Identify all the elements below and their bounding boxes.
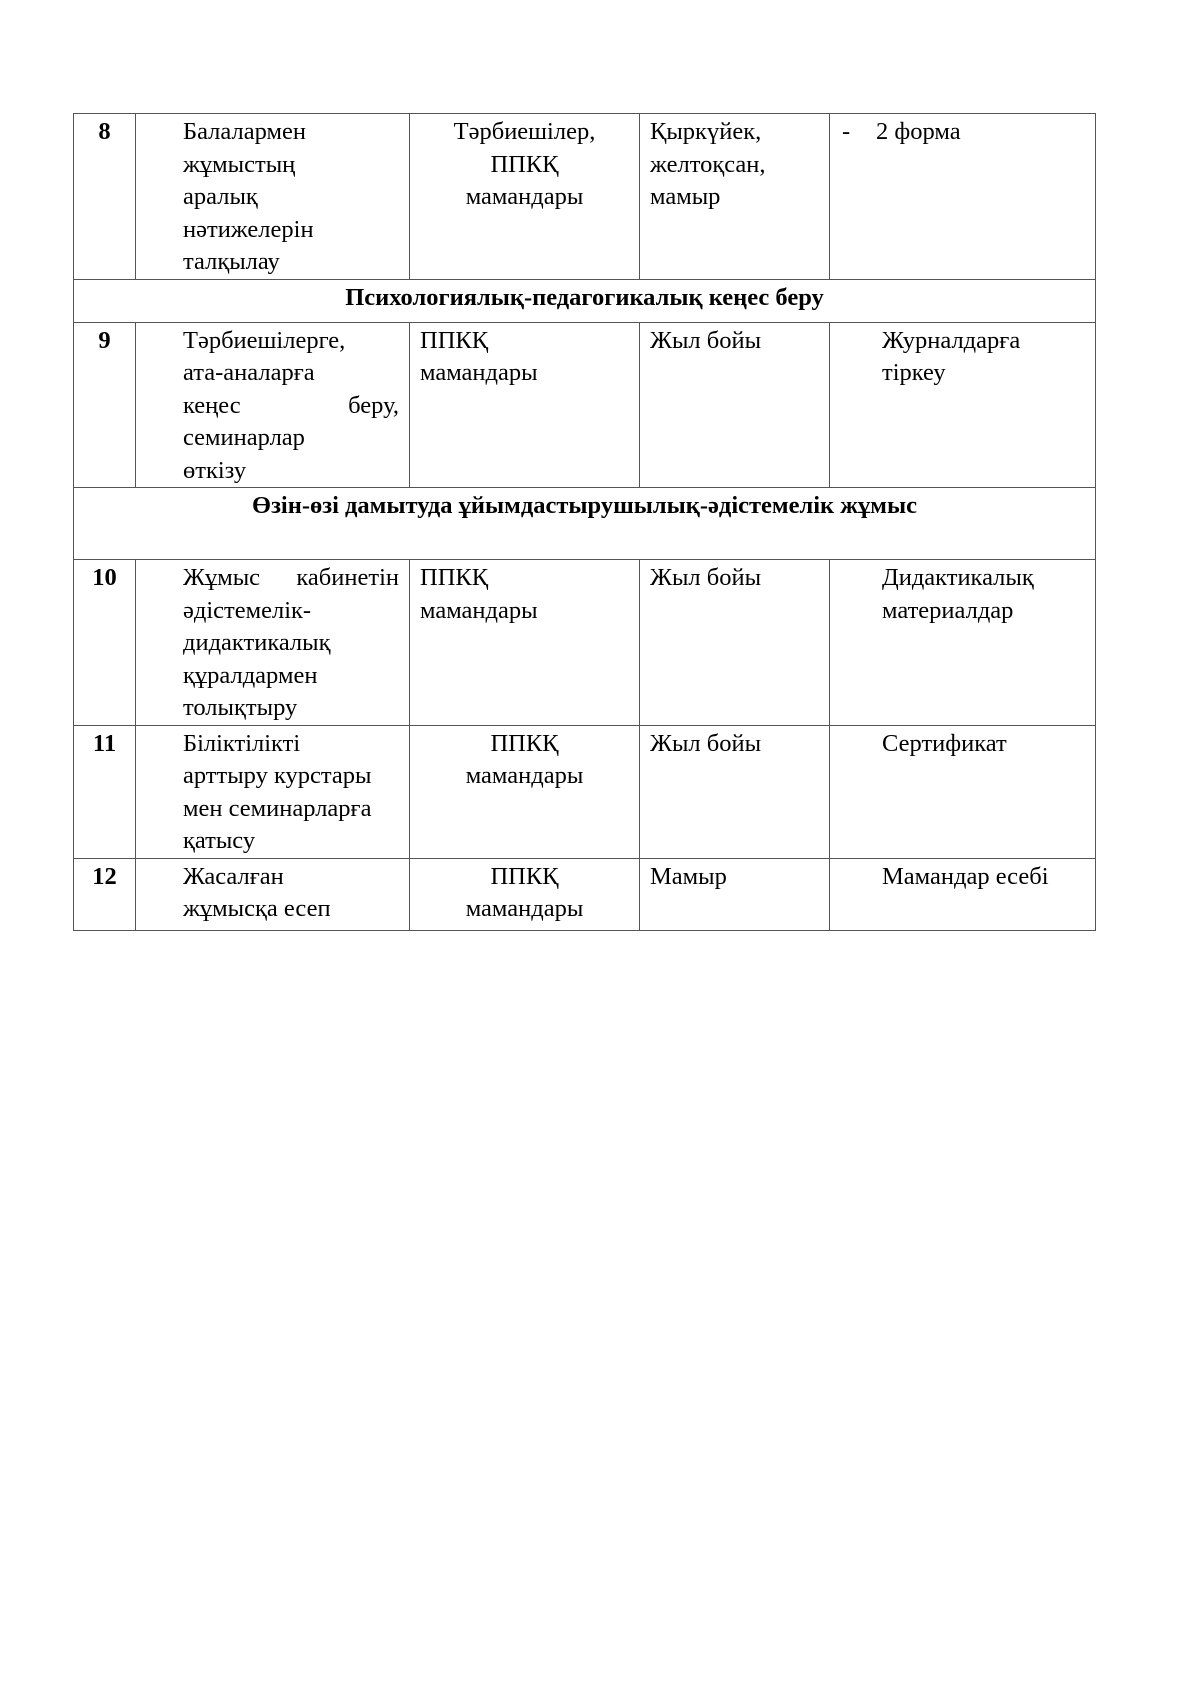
task-line: жұмысқа есеп bbox=[183, 893, 399, 926]
result-cell: Сертификат bbox=[830, 725, 1096, 858]
task-line: өткізу bbox=[183, 455, 399, 488]
work-plan-table: 8 Балалармен жұмыстың аралық нәтижелерін… bbox=[73, 113, 1096, 931]
timing-line: желтоқсан, bbox=[650, 149, 823, 182]
timing-line: Мамыр bbox=[650, 861, 823, 894]
timing-cell: Жыл бойы bbox=[640, 725, 830, 858]
responsible-cell: ППКҚ мамандары bbox=[410, 858, 640, 930]
timing-cell: Қыркүйек, желтоқсан, мамыр bbox=[640, 114, 830, 280]
timing-line: Жыл бойы bbox=[650, 728, 823, 761]
responsible-line: ППКҚ bbox=[414, 861, 635, 894]
task-line: ата-аналарға bbox=[183, 357, 399, 390]
result-cell: Мамандар есебі bbox=[830, 858, 1096, 930]
responsible-line: мамандары bbox=[414, 181, 635, 214]
result-line: Сертификат bbox=[882, 728, 1089, 761]
table-row: 10 Жұмыс кабинетін әдістемелік- дидактик… bbox=[74, 560, 1096, 726]
timing-line: Қыркүйек, bbox=[650, 116, 823, 149]
section-heading: Психологиялық-педагогикалық кеңес беру bbox=[74, 279, 1096, 322]
row-number: 12 bbox=[74, 858, 136, 930]
row-number: 10 bbox=[74, 560, 136, 726]
row-number: 9 bbox=[74, 322, 136, 488]
table-row: 8 Балалармен жұмыстың аралық нәтижелерін… bbox=[74, 114, 1096, 280]
table-row: 12 Жасалған жұмысқа есеп ППКҚ мамандары … bbox=[74, 858, 1096, 930]
task-line: Балалармен bbox=[183, 116, 399, 149]
task-line: семинарлар bbox=[183, 422, 399, 455]
timing-line: мамыр bbox=[650, 181, 823, 214]
section-heading-row: Психологиялық-педагогикалық кеңес беру bbox=[74, 279, 1096, 322]
responsible-cell: ППКҚ мамандары bbox=[410, 725, 640, 858]
responsible-line: мамандары bbox=[420, 595, 631, 628]
task-line: мен семинарларға bbox=[183, 793, 399, 826]
table-row: 9 Тәрбиешілерге, ата-аналарға кеңес беру… bbox=[74, 322, 1096, 488]
timing-line: Жыл бойы bbox=[650, 562, 823, 595]
responsible-cell: ППКҚ мамандары bbox=[410, 560, 640, 726]
responsible-line: ППКҚ bbox=[414, 728, 635, 761]
result-line: Журналдарға bbox=[882, 325, 1089, 358]
section-heading: Өзін-өзі дамытуда ұйымдастырушылық-әдіст… bbox=[74, 488, 1096, 560]
responsible-line: ППКҚ bbox=[420, 562, 631, 595]
task-line: дидактикалық bbox=[183, 627, 399, 660]
task-cell: Біліктілікті арттыру курстары мен семина… bbox=[136, 725, 410, 858]
list-dash: - bbox=[842, 116, 876, 149]
result-line: материалдар bbox=[882, 595, 1089, 628]
responsible-line: Тәрбиешілер, bbox=[414, 116, 635, 149]
result-cell: Дидактикалық материалдар bbox=[830, 560, 1096, 726]
timing-cell: Мамыр bbox=[640, 858, 830, 930]
task-line: кеңес беру, bbox=[183, 390, 399, 423]
responsible-cell: ППКҚ мамандары bbox=[410, 322, 640, 488]
section-heading-row: Өзін-өзі дамытуда ұйымдастырушылық-әдіст… bbox=[74, 488, 1096, 560]
task-line: әдістемелік- bbox=[183, 595, 399, 628]
task-line: нәтижелерін bbox=[183, 214, 399, 247]
task-line: құралдармен bbox=[183, 660, 399, 693]
task-line: қатысу bbox=[183, 825, 399, 858]
result-line: Дидактикалық bbox=[882, 562, 1089, 595]
task-line: Жасалған bbox=[183, 861, 399, 894]
task-line: арттыру курстары bbox=[183, 760, 399, 793]
task-line: Тәрбиешілерге, bbox=[183, 325, 399, 358]
task-line: Жұмыс кабинетін bbox=[183, 562, 399, 595]
row-number: 11 bbox=[74, 725, 136, 858]
responsible-line: мамандары bbox=[420, 357, 631, 390]
task-line: жұмыстың bbox=[183, 149, 399, 182]
row-number: 8 bbox=[74, 114, 136, 280]
task-cell: Тәрбиешілерге, ата-аналарға кеңес беру, … bbox=[136, 322, 410, 488]
result-line: 2 форма bbox=[876, 118, 961, 145]
task-cell: Жұмыс кабинетін әдістемелік- дидактикалы… bbox=[136, 560, 410, 726]
responsible-line: ППКҚ bbox=[414, 149, 635, 182]
task-line: Біліктілікті bbox=[183, 728, 399, 761]
task-cell: Балалармен жұмыстың аралық нәтижелерін т… bbox=[136, 114, 410, 280]
timing-cell: Жыл бойы bbox=[640, 560, 830, 726]
timing-cell: Жыл бойы bbox=[640, 322, 830, 488]
table-row: 11 Біліктілікті арттыру курстары мен сем… bbox=[74, 725, 1096, 858]
document-page: 8 Балалармен жұмыстың аралық нәтижелерін… bbox=[0, 0, 1190, 1683]
timing-line: Жыл бойы bbox=[650, 325, 823, 358]
responsible-line: мамандары bbox=[414, 760, 635, 793]
result-line: тіркеу bbox=[882, 357, 1089, 390]
task-cell: Жасалған жұмысқа есеп bbox=[136, 858, 410, 930]
result-line: Мамандар есебі bbox=[882, 861, 1089, 894]
result-cell: Журналдарға тіркеу bbox=[830, 322, 1096, 488]
task-line: аралық bbox=[183, 181, 399, 214]
responsible-line: ППКҚ bbox=[420, 325, 631, 358]
responsible-cell: Тәрбиешілер, ППКҚ мамандары bbox=[410, 114, 640, 280]
task-line: толықтыру bbox=[183, 692, 399, 725]
result-cell: -2 форма bbox=[830, 114, 1096, 280]
task-line: талқылау bbox=[183, 246, 399, 279]
responsible-line: мамандары bbox=[414, 893, 635, 926]
